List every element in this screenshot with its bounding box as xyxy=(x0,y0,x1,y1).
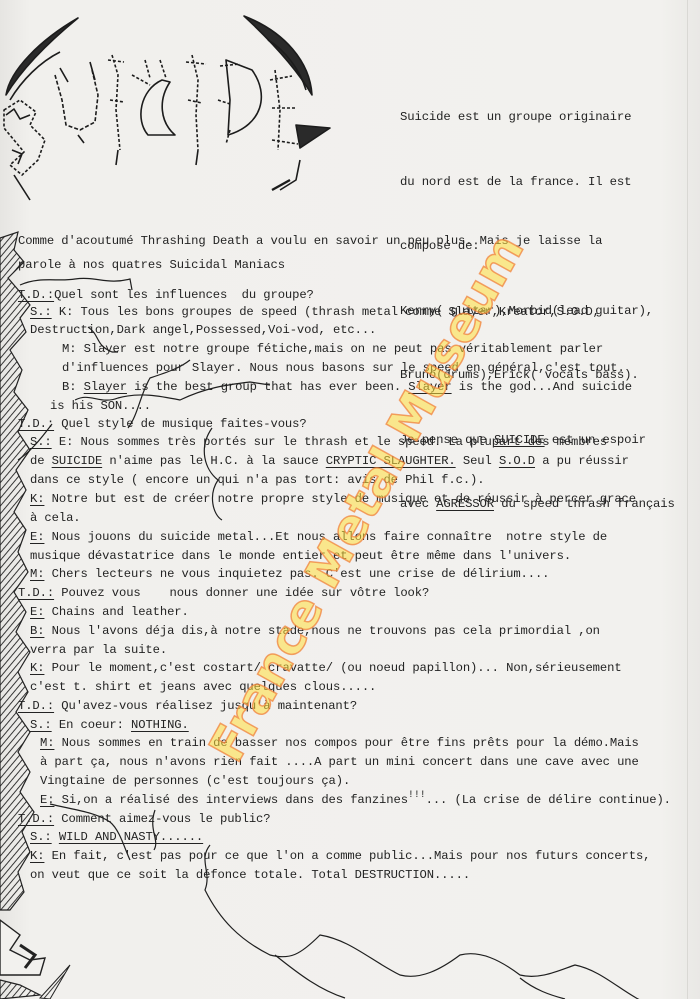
speaker-label: T.D.: xyxy=(18,288,54,302)
speaker-label: T.D.: xyxy=(18,812,54,826)
speaker-label: E: xyxy=(30,605,44,619)
speaker-label: K: xyxy=(30,492,44,506)
interview-line-continued: de SUICIDE n'aime pas le H.C. à la sauce… xyxy=(30,454,629,468)
speaker-label: E: xyxy=(30,530,44,544)
speaker-label: K: xyxy=(30,849,44,863)
interview-line-k: K: En fait, c'est pas pour ce que l'on a… xyxy=(30,849,650,863)
speaker-label: T.D.: xyxy=(18,699,54,713)
interview-line-td: T.D.: Qu'avez-vous réalisez jusqu'à main… xyxy=(18,699,357,713)
interview-line-continued: Destruction,Dark angel,Possessed,Voi-vod… xyxy=(30,323,376,337)
speaker-label: K: xyxy=(30,661,44,675)
speaker-label: S.: xyxy=(30,718,52,732)
interview-line-continued: d'influences pour Slayer. Nous nous baso… xyxy=(62,361,625,375)
speaker-label: S.: xyxy=(30,830,52,844)
interview-line-k: K: Pour le moment,c'est costart/ cravatt… xyxy=(30,661,622,675)
preamble-line: Comme d'acoutumé Thrashing Death a voulu… xyxy=(18,234,602,248)
interview-line-continued: is his SON.... xyxy=(50,399,151,413)
intro-line: du nord est de la france. Il est xyxy=(400,172,700,194)
intro-line: Suicide est un groupe originaire xyxy=(400,107,700,129)
speaker-label: T.D.: xyxy=(18,586,54,600)
interview-line-b: B: Nous l'avons déja dis,à notre stade,n… xyxy=(30,624,600,638)
speaker-label: M: xyxy=(40,736,54,750)
interview-line-td: T.D.: Pouvez vous nous donner une idée s… xyxy=(18,586,429,600)
interview-line-continued: musique dévastatrice dans le monde entie… xyxy=(30,549,571,563)
interview-line-continued: dans ce style ( encore un qui n'a pas to… xyxy=(30,473,484,487)
interview-line-td: T.D.: Comment aimez-vous le public? xyxy=(18,812,271,826)
interview-line-m: M: Nous sommes en train de basser nos co… xyxy=(40,736,639,750)
interview-line-s: S.: En coeur: NOTHING. xyxy=(30,718,189,732)
interview-line-e: E: Nous jouons du suicide metal...Et nou… xyxy=(30,530,607,544)
interview-line-continued: Vingtaine de personnes (c'est toujours ç… xyxy=(40,774,350,788)
interview-line-s: S.: K: Tous les bons groupes de speed (t… xyxy=(30,305,600,319)
interview-line-s: S.: WILD AND NASTY...... xyxy=(30,830,203,844)
interview-line-continued: B: Slayer is the best group that has eve… xyxy=(62,380,632,394)
interview-line-e: E: Chains and leather. xyxy=(30,605,189,619)
interview-line-m: M: Chers lecteurs ne vous inquietez pas.… xyxy=(30,567,549,581)
speaker-label: S.: xyxy=(30,305,52,319)
speaker-label: M: xyxy=(30,567,44,581)
speaker-label: T.D.: xyxy=(18,417,54,431)
speaker-label: E: xyxy=(40,793,54,807)
interview-line-k: K: Notre but est de créer notre propre s… xyxy=(30,492,636,506)
interview-line-td: T.D.: Quel style de musique faites-vous? xyxy=(18,417,307,431)
speaker-label: S.: xyxy=(30,435,52,449)
fanzine-page: Suicide est un groupe originaire du nord… xyxy=(0,0,700,999)
interview-line-continued: verra par la suite. xyxy=(30,643,167,657)
interview-line-continued: à part ça, nous n'avons rien fait ....A … xyxy=(40,755,639,769)
preamble-line: parole à nos quatres Suicidal Maniacs xyxy=(18,258,285,272)
interview-line-continued: M: Slayer est notre groupe fétiche,mais … xyxy=(62,342,603,356)
interview-line-continued: on veut que ce soit la défonce totale. T… xyxy=(30,868,470,882)
band-logo-icon xyxy=(0,0,360,210)
speaker-label: B: xyxy=(30,624,44,638)
interview-line-continued: c'est t. shirt et jeans avec quelques cl… xyxy=(30,680,376,694)
interview-line-e: E: Si,on a réalisé des interviews dans d… xyxy=(40,793,671,807)
interview-line-continued: à cela. xyxy=(30,511,81,525)
interview-line-s: S.: E: Nous sommes très portés sur le th… xyxy=(30,435,607,449)
interview-line-td: T.D.:Quel sont les influences du groupe? xyxy=(18,288,314,302)
